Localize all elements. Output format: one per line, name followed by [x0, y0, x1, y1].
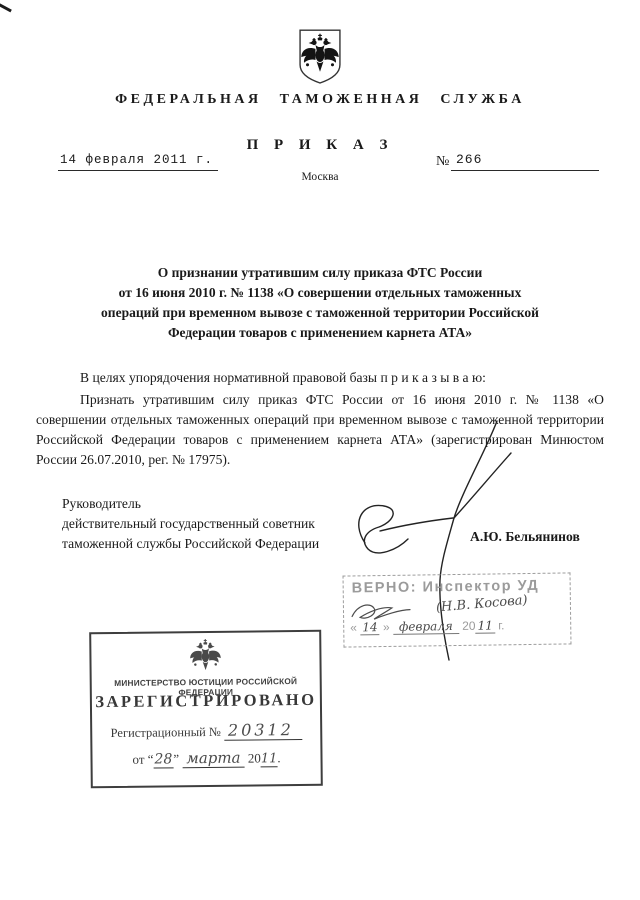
body-paragraph-preamble: В целях упорядочения нормативной правово…: [36, 368, 604, 388]
ministry-registration-stamp: МИНИСТЕРСТВО ЮСТИЦИИ РОССИЙСКОЙ ФЕДЕРАЦИ…: [89, 630, 323, 788]
verno-day-handwritten: 14: [360, 620, 379, 635]
registration-day-handwritten: 28: [153, 751, 173, 768]
scan-artifact: [0, 3, 12, 13]
quote-mark: «: [350, 620, 357, 634]
ministry-emblem-icon: [188, 639, 222, 678]
registered-heading: ЗАРЕГИСТРИРОВАНО: [92, 690, 320, 712]
registration-year-handwritten: 11: [261, 751, 278, 767]
verno-month-handwritten: февраля: [393, 619, 459, 635]
verno-year-prefix: 20: [462, 619, 476, 633]
registration-year-prefix: 20: [248, 750, 261, 765]
verno-year-handwritten: 11: [475, 618, 494, 633]
order-title-line: операций при временном вывозе с таможенн…: [20, 303, 620, 323]
inspector-name-handwritten: (Н.В. Косова): [435, 593, 528, 616]
registration-number-row: Регистрационный № 20312: [92, 720, 320, 741]
agency-name: ФЕДЕРАЛЬНАЯ ТАМОЖЕННАЯ СЛУЖБА: [0, 92, 640, 108]
registration-month-handwritten: марта: [182, 749, 244, 769]
order-number: 266: [451, 152, 599, 171]
signer-position-line: Руководитель: [62, 494, 319, 514]
registration-date-row: от “28” марта 2011.: [92, 748, 320, 768]
verno-year-suffix: г.: [498, 618, 504, 632]
russian-coat-of-arms-icon: [294, 27, 346, 92]
quote-mark: ”: [173, 751, 179, 766]
verno-certification-stamp: ВЕРНО: Инспектор УД (Н.В. Косова) « 14 »…: [343, 572, 572, 647]
order-title: О признании утратившим силу приказа ФТС …: [20, 263, 620, 343]
registration-number-label: Регистрационный №: [111, 725, 221, 740]
order-title-line: Федерации товаров с применением карнета …: [20, 323, 620, 343]
verno-stamp-date: « 14 » февраля 2011 г.: [350, 618, 504, 634]
from-label: от: [132, 752, 144, 767]
signer-name: А.Ю. Бельянинов: [470, 529, 580, 545]
period-mark: .: [277, 750, 280, 765]
document-page: ФЕДЕРАЛЬНАЯ ТАМОЖЕННАЯ СЛУЖБА П Р И К А …: [0, 0, 640, 900]
registration-number-handwritten: 20312: [224, 720, 302, 741]
order-body: В целях упорядочения нормативной правово…: [36, 368, 604, 470]
number-sign-label: №: [436, 154, 449, 170]
quote-mark: »: [383, 620, 390, 634]
order-title-line: от 16 июня 2010 г. № 1138 «О совершении …: [20, 283, 620, 303]
signer-position-line: таможенной службы Российской Федерации: [62, 534, 319, 554]
signer-position-line: действительный государственный советник: [62, 514, 319, 534]
order-date: 14 февраля 2011 г.: [58, 153, 218, 171]
city-label: Москва: [0, 171, 640, 183]
order-title-line: О признании утратившим силу приказа ФТС …: [20, 263, 620, 283]
signer-position: Руководитель действительный государствен…: [62, 494, 319, 554]
body-paragraph-main: Признать утратившим силу приказ ФТС Росс…: [36, 390, 604, 470]
